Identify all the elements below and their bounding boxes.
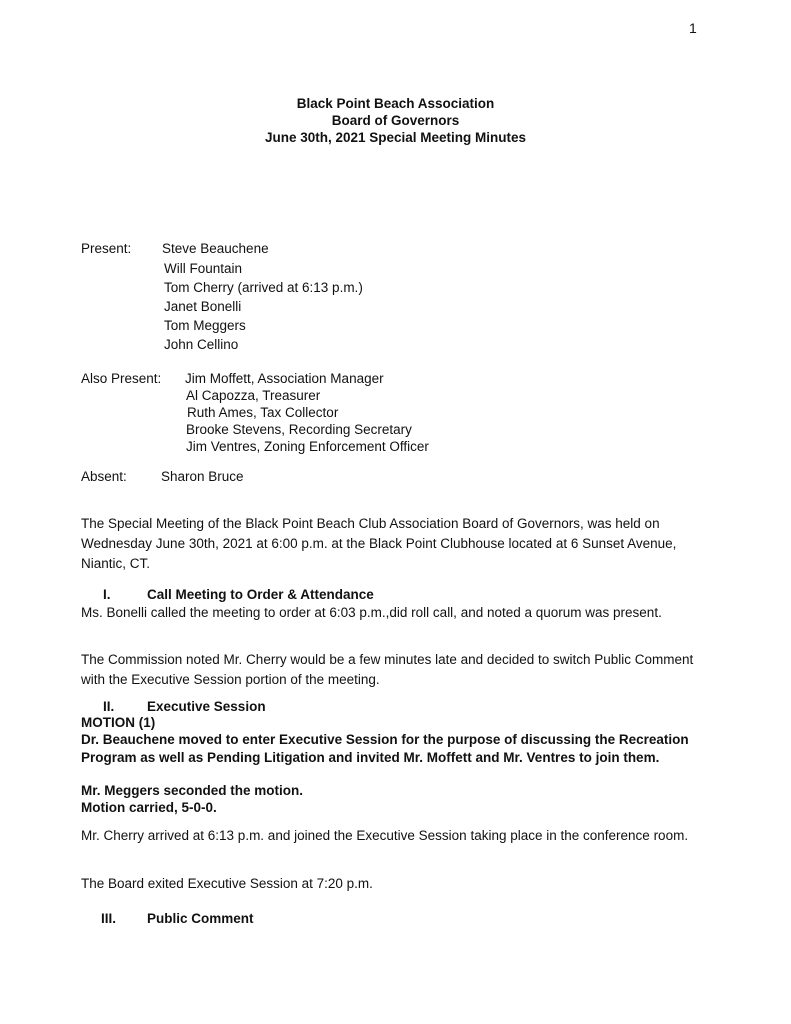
absent-name: Sharon Bruce [161,468,244,486]
section-title: Public Comment [147,911,254,926]
section-title: Call Meeting to Order & Attendance [147,587,374,602]
present-label: Present: [81,240,131,258]
section-title: Executive Session [147,699,266,714]
also-present-name: Al Capozza, Treasurer [186,387,320,405]
also-present-name: Ruth Ames, Tax Collector [187,404,338,422]
present-name: Steve Beauchene [162,240,269,258]
section-paragraph: The Board exited Executive Session at 7:… [81,874,721,894]
motion-result: Motion carried, 5-0-0. [81,799,217,817]
present-name: Janet Bonelli [164,298,241,316]
present-name: Will Fountain [164,260,242,278]
document-title-meeting: June 30th, 2021 Special Meeting Minutes [0,129,791,146]
page-number: 1 [689,20,697,36]
section-numeral: I. [81,586,147,604]
motion-label: MOTION (1) [81,714,155,732]
also-present-name: Jim Ventres, Zoning Enforcement Officer [186,438,429,456]
present-name: Tom Cherry (arrived at 6:13 p.m.) [164,279,363,297]
document-title-org: Black Point Beach Association [0,95,791,112]
section-heading: I.Call Meeting to Order & Attendance [81,586,374,604]
absent-label: Absent: [81,468,127,486]
section-paragraph: The Commission noted Mr. Cherry would be… [81,650,721,690]
section-paragraph: Mr. Cherry arrived at 6:13 p.m. and join… [81,826,721,846]
section-heading: III.Public Comment [81,910,254,928]
section-paragraph: Ms. Bonelli called the meeting to order … [81,603,721,623]
section-numeral: III. [81,910,147,928]
present-name: John Cellino [164,336,238,354]
motion-second: Mr. Meggers seconded the motion. [81,782,303,800]
also-present-label: Also Present: [81,370,161,388]
also-present-name: Brooke Stevens, Recording Secretary [186,421,412,439]
also-present-name: Jim Moffett, Association Manager [185,370,384,388]
intro-paragraph: The Special Meeting of the Black Point B… [81,514,721,574]
document-title-board: Board of Governors [0,112,791,129]
present-name: Tom Meggers [164,317,246,335]
motion-text: Dr. Beauchene moved to enter Executive S… [81,731,721,766]
